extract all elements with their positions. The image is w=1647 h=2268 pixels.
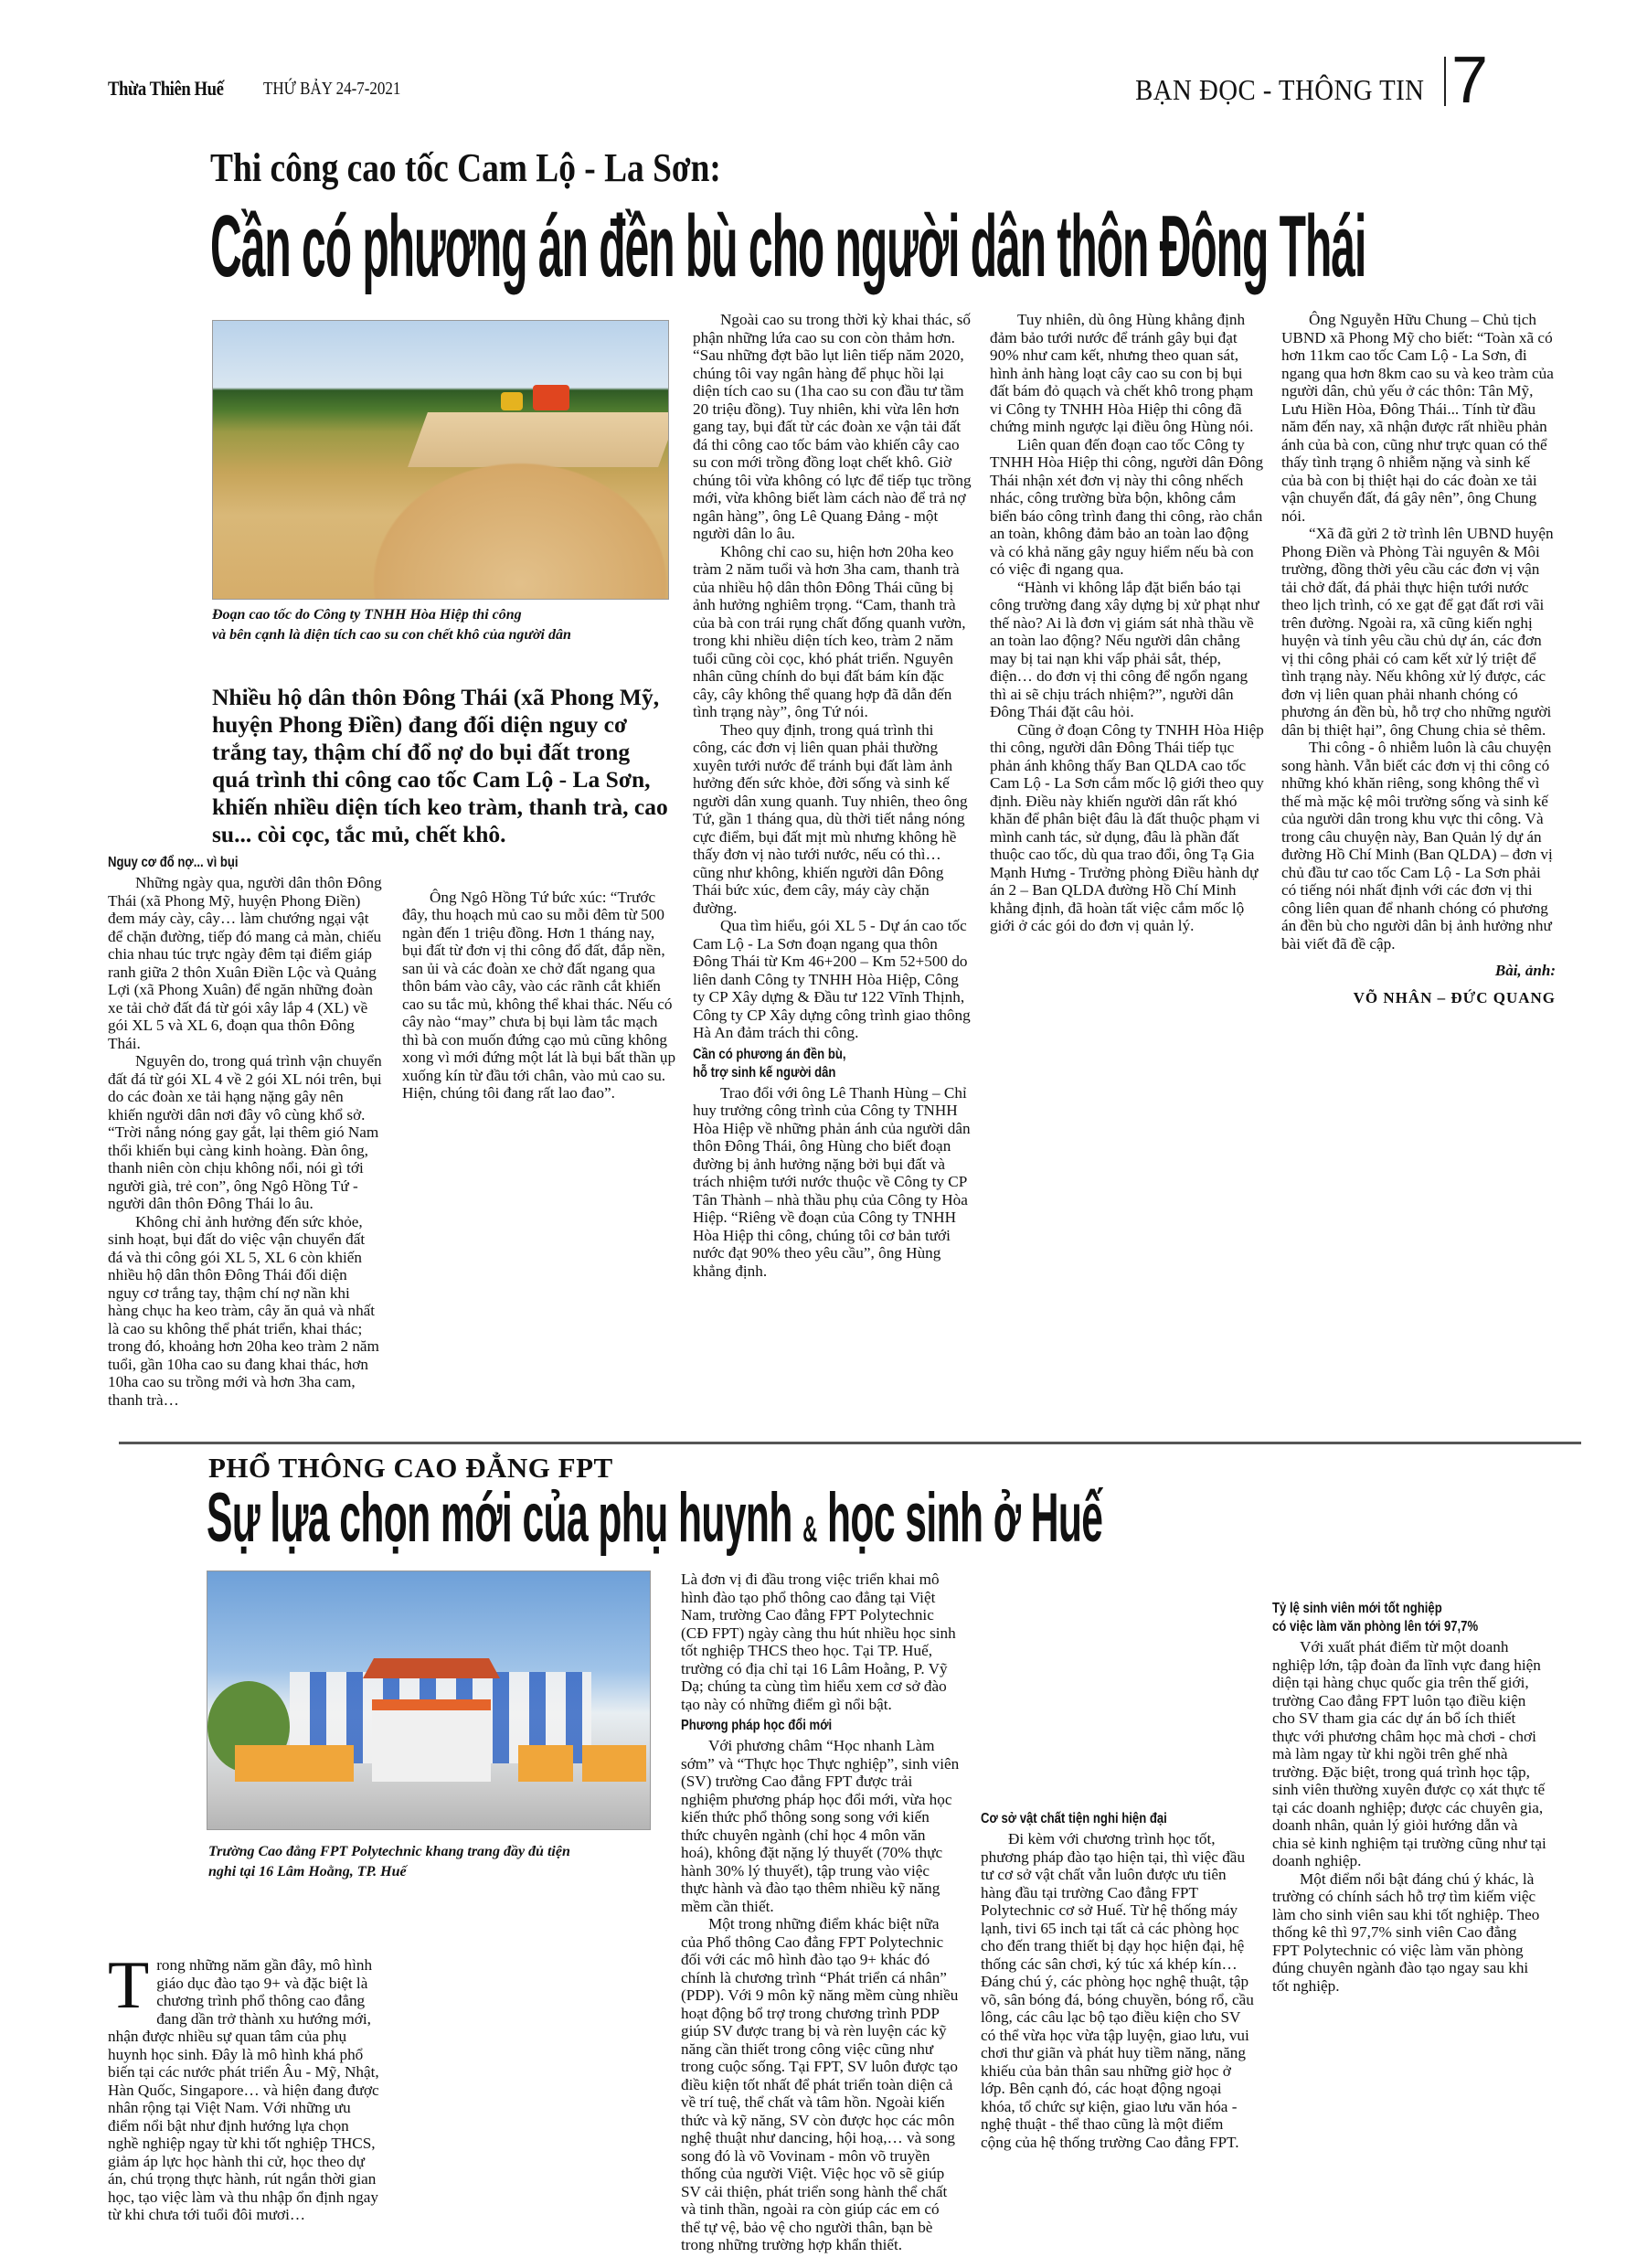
paragraph: Cũng ở đoạn Công ty TNHH Hòa Hiệp thi cô… (990, 721, 1264, 935)
article2-column-4: Cơ sở vật chất tiện nghi hiện đại Đi kèm… (981, 1453, 1255, 2258)
masthead: Thừa Thiên Huế THỨ BẢY 24-7-2021 BẠN ĐỌC… (108, 57, 1534, 112)
photo-roller (533, 385, 569, 410)
photo-banner (299, 1745, 354, 1782)
photo-roller-small (501, 392, 523, 410)
paragraph: “Xã đã gửi 2 tờ trình lên UBND huyện Pho… (1281, 525, 1556, 739)
subhead-line: Cần có phương án đền bù, (693, 1046, 921, 1064)
article1-column-5: Ông Nguyễn Hữu Chung – Chủ tịch UBND xã … (1281, 311, 1556, 1435)
paragraph: Với xuất phát điểm từ một doanh nghiệp l… (1272, 1638, 1546, 1870)
article1-column-1: Nguy cơ đổ nợ... vì bụi Những ngày qua, … (108, 850, 382, 1409)
paragraph: Những ngày qua, người dân thôn Đông Thái… (108, 874, 382, 1052)
paragraph: Nguyên do, trong quá trình vận chuyển đấ… (108, 1052, 382, 1213)
article2-photo-fpt-campus (207, 1571, 651, 1830)
article1-column-2: Ông Ngô Hồng Tứ bức xúc: “Trước đây, thu… (402, 870, 676, 1419)
paragraph: Là đơn vị đi đầu trong việc triển khai m… (681, 1571, 960, 1713)
paragraph: Ông Ngô Hồng Tứ bức xúc: “Trước đây, thu… (402, 889, 676, 1102)
paragraph: Tuy nhiên, dù ông Hùng khẳng định đảm bả… (990, 311, 1264, 436)
photo-banner (582, 1745, 646, 1782)
article1-column-3: Ngoài cao su trong thời kỳ khai thác, số… (693, 311, 972, 1421)
article1-photo-highway-construction (212, 320, 669, 600)
subhead-line: có việc làm văn phòng lên tới 97,7% (1272, 1618, 1497, 1636)
paragraph: Theo quy định, trong quá trình thi công,… (693, 721, 972, 918)
paragraph: Một trong những điểm khác biệt nữa của P… (681, 1915, 960, 2254)
paragraph: Ngoài cao su trong thời kỳ khai thác, số… (693, 311, 972, 543)
article1-photo-caption: Đoạn cao tốc do Công ty TNHH Hòa Hiệp th… (212, 605, 669, 645)
paragraph (402, 870, 676, 889)
article2-column-5: Tỷ lệ sinh viên mới tốt nghiệp có việc l… (1272, 1453, 1546, 2258)
article2-column-1: Trong những năm gần đây, mô hình giáo dụ… (108, 1956, 382, 2249)
paragraph: Qua tìm hiểu, gói XL 5 - Dự án cao tốc C… (693, 917, 972, 1042)
headline-part: Sự lựa chọn mới của phụ huynh (207, 1479, 792, 1557)
section-title: BẠN ĐỌC - THÔNG TIN (1135, 73, 1424, 107)
paragraph: Với phương châm “Học nhanh Làm sớm” và “… (681, 1737, 960, 1915)
headline-ampersand: & (802, 1509, 817, 1549)
article1-kicker: Thi công cao tốc Cam Lộ - La Sơn: (210, 144, 721, 191)
article2-subhead-1: Phương pháp học đổi mới (681, 1717, 909, 1735)
subhead-line: Tỷ lệ sinh viên mới tốt nghiệp (1272, 1600, 1497, 1618)
paragraph: “Hành vi không lắp đặt biển báo tại công… (990, 579, 1264, 721)
paragraph: Liên quan đến đoạn cao tốc Công ty TNHH … (990, 436, 1264, 579)
byline-label: Bài, ảnh: (1281, 962, 1556, 980)
paragraph: Không chỉ ảnh hưởng đến sức khỏe, sinh h… (108, 1213, 382, 1410)
paragraph: Trao đổi với ông Lê Thanh Hùng – Chỉ huy… (693, 1084, 972, 1281)
subhead-line: hỗ trợ sinh kế người dân (693, 1064, 921, 1082)
article2-subhead-2: Cơ sở vật chất tiện nghi hiện đại (981, 1810, 1206, 1828)
issue-date: THỨ BẢY 24-7-2021 (263, 79, 400, 100)
caption-line: Trường Cao đẳng FPT Polytechnic khang tr… (208, 1842, 647, 1862)
article2-photo-caption: Trường Cao đẳng FPT Polytechnic khang tr… (208, 1842, 647, 1882)
article2-headline: Sự lựa chọn mới của phụ huynh & học sinh… (207, 1484, 1102, 1553)
paragraph: Không chỉ cao su, hiện hơn 20ha keo tràm… (693, 543, 972, 721)
caption-line: nghi tại 16 Lâm Hoằng, TP. Huế (208, 1862, 647, 1882)
byline-authors: VÕ NHÂN – ĐỨC QUANG (1281, 989, 1556, 1007)
paragraph: Ông Nguyễn Hữu Chung – Chủ tịch UBND xã … (1281, 311, 1556, 525)
photo-gate (372, 1699, 491, 1782)
photo-banner (235, 1745, 299, 1782)
page-number: 7 (1451, 48, 1488, 113)
caption-line: Đoạn cao tốc do Công ty TNHH Hòa Hiệp th… (212, 605, 669, 625)
dropcap: T (108, 1958, 149, 2013)
photo-banner (518, 1745, 573, 1782)
photo-dirt-mound (349, 443, 669, 599)
paper-name: Thừa Thiên Huế (108, 77, 224, 101)
paragraph: Thi công - ô nhiễm luôn là câu chuyện so… (1281, 739, 1556, 953)
article1-lede: Nhiều hộ dân thôn Đông Thái (xã Phong Mỹ… (212, 684, 669, 848)
article1-subhead-2: Cần có phương án đền bù, hỗ trợ sinh kế … (693, 1046, 921, 1082)
article2-column-3: Là đơn vị đi đầu trong việc triển khai m… (681, 1571, 960, 2256)
article1-headline: Cần có phương án đền bù cho người dân th… (210, 203, 1365, 291)
article-divider (119, 1442, 1581, 1444)
caption-line: và bên cạnh là diện tích cao su con chết… (212, 625, 669, 645)
paragraph: Trong những năm gần đây, mô hình giáo dụ… (108, 1956, 382, 2224)
paragraph: Một điểm nổi bật đáng chú ý khác, là trư… (1272, 1870, 1546, 1996)
article1-column-4: Tuy nhiên, dù ông Hùng khẳng định đảm bả… (990, 311, 1264, 1421)
article2-subhead-3: Tỷ lệ sinh viên mới tốt nghiệp có việc l… (1272, 1600, 1497, 1636)
photo-gate-roof (363, 1658, 500, 1678)
masthead-divider (1444, 57, 1446, 106)
article1-subhead-1: Nguy cơ đổ nợ... vì bụi (108, 854, 333, 872)
paragraph: Đi kèm với chương trình học tốt, phương … (981, 1830, 1255, 2151)
